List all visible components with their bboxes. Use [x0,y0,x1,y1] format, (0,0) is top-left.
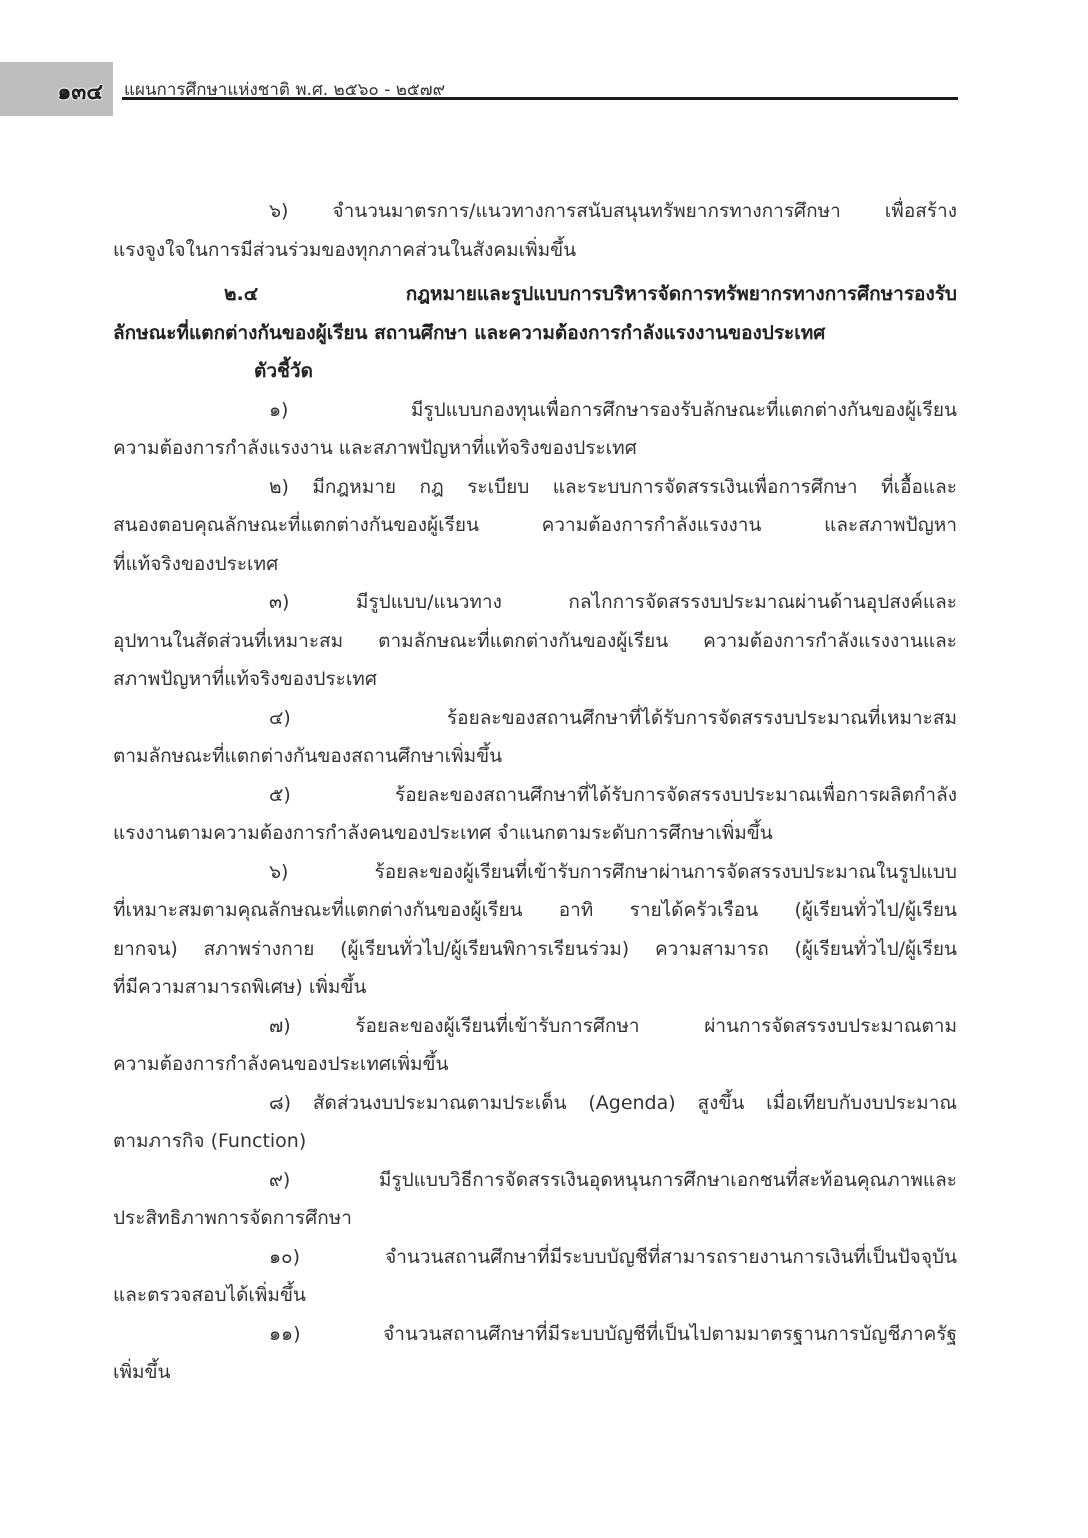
text-line: ๔) ร้อยละของสถานศึกษาที่ได้รับการจัดสรรง… [113,699,957,738]
text-line: ๙) มีรูปแบบวิธีการจัดสรรเงินอุดหนุนการศึ… [113,1161,957,1200]
section-heading-line: ๒.๔ กฎหมายและรูปแบบการบริหารจัดการทรัพยา… [113,275,957,314]
text-line: ๑) มีรูปแบบกองทุนเพื่อการศึกษารองรับลักษ… [113,391,957,430]
indicator-item-5: ๕) ร้อยละของสถานศึกษาที่ได้รับการจัดสรรง… [113,776,957,853]
text-line: ประสิทธิภาพการจัดการศึกษา [113,1199,957,1238]
text-line: เพิ่มขึ้น [113,1353,957,1392]
text-line: ๕) ร้อยละของสถานศึกษาที่ได้รับการจัดสรรง… [113,776,957,815]
text-line: ๖) จำนวนมาตรการ/แนวทางการสนับสนุนทรัพยาก… [113,192,957,231]
text-line: ที่แท้จริงของประเทศ [113,545,957,584]
indicator-item-10: ๑๐) จำนวนสถานศึกษาที่มีระบบบัญชีที่สามาร… [113,1238,957,1315]
indicator-label: ตัวชี้วัด [113,352,957,391]
document-body: ๖) จำนวนมาตรการ/แนวทางการสนับสนุนทรัพยาก… [113,192,957,1392]
text-line: แรงงานตามความต้องการกำลังคนของประเทศ จำแ… [113,814,957,853]
indicator-item-4: ๔) ร้อยละของสถานศึกษาที่ได้รับการจัดสรรง… [113,699,957,776]
text-line: ๘) สัดส่วนงบประมาณตามประเด็น (Agenda) สู… [113,1084,957,1123]
text-line: ๖) ร้อยละของผู้เรียนที่เข้ารับการศึกษาผ่… [113,853,957,892]
text-line: ยากจน) สภาพร่างกาย (ผู้เรียนทั่วไป/ผู้เร… [113,930,957,969]
page-number: ๑๓๔ [57,74,103,109]
text-line: ที่เหมาะสมตามคุณลักษณะที่แตกต่างกันของผู… [113,891,957,930]
text-line: ๑๑) จำนวนสถานศึกษาที่มีระบบบัญชีที่เป็นไ… [113,1315,957,1354]
text-line: ที่มีความสามารถพิเศษ) เพิ่มขึ้น [113,968,957,1007]
indicator-item-2: ๒) มีกฎหมาย กฎ ระเบียบ และระบบการจัดสรรเ… [113,468,957,584]
text-line: ๒) มีกฎหมาย กฎ ระเบียบ และระบบการจัดสรรเ… [113,468,957,507]
indicator-item-9: ๙) มีรูปแบบวิธีการจัดสรรเงินอุดหนุนการศึ… [113,1161,957,1238]
indicator-item-3: ๓) มีรูปแบบ/แนวทาง กลไกการจัดสรรงบประมาณ… [113,583,957,699]
text-line: และตรวจสอบได้เพิ่มขึ้น [113,1276,957,1315]
text-line: ความต้องการกำลังคนของประเทศเพิ่มขึ้น [113,1045,957,1084]
page-number-box: ๑๓๔ [0,62,113,116]
text-line: ๗) ร้อยละของผู้เรียนที่เข้ารับการศึกษา ผ… [113,1007,957,1046]
section-heading-line: ลักษณะที่แตกต่างกันของผู้เรียน สถานศึกษา… [113,314,957,353]
indicator-item-7: ๗) ร้อยละของผู้เรียนที่เข้ารับการศึกษา ผ… [113,1007,957,1084]
text-line: แรงจูงใจในการมีส่วนร่วมของทุกภาคส่วนในสั… [113,231,957,270]
intro-item: ๖) จำนวนมาตรการ/แนวทางการสนับสนุนทรัพยาก… [113,192,957,269]
text-line: ตามลักษณะที่แตกต่างกันของสถานศึกษาเพิ่มข… [113,737,957,776]
indicator-item-11: ๑๑) จำนวนสถานศึกษาที่มีระบบบัญชีที่เป็นไ… [113,1315,957,1392]
indicator-item-1: ๑) มีรูปแบบกองทุนเพื่อการศึกษารองรับลักษ… [113,391,957,468]
section-heading: ๒.๔ กฎหมายและรูปแบบการบริหารจัดการทรัพยา… [113,275,957,391]
text-line: ความต้องการกำลังแรงงาน และสภาพปัญหาที่แท… [113,429,957,468]
text-line: ๓) มีรูปแบบ/แนวทาง กลไกการจัดสรรงบประมาณ… [113,583,957,622]
text-line: ตามภารกิจ (Function) [113,1122,957,1161]
text-line: ๑๐) จำนวนสถานศึกษาที่มีระบบบัญชีที่สามาร… [113,1238,957,1277]
text-line: สภาพปัญหาที่แท้จริงของประเทศ [113,660,957,699]
text-line: อุปทานในสัดส่วนที่เหมาะสม ตามลักษณะที่แต… [113,622,957,661]
indicator-item-6: ๖) ร้อยละของผู้เรียนที่เข้ารับการศึกษาผ่… [113,853,957,1007]
indicator-item-8: ๘) สัดส่วนงบประมาณตามประเด็น (Agenda) สู… [113,1084,957,1161]
text-line: สนองตอบคุณลักษณะที่แตกต่างกันของผู้เรียน… [113,506,957,545]
header-divider [122,97,958,100]
